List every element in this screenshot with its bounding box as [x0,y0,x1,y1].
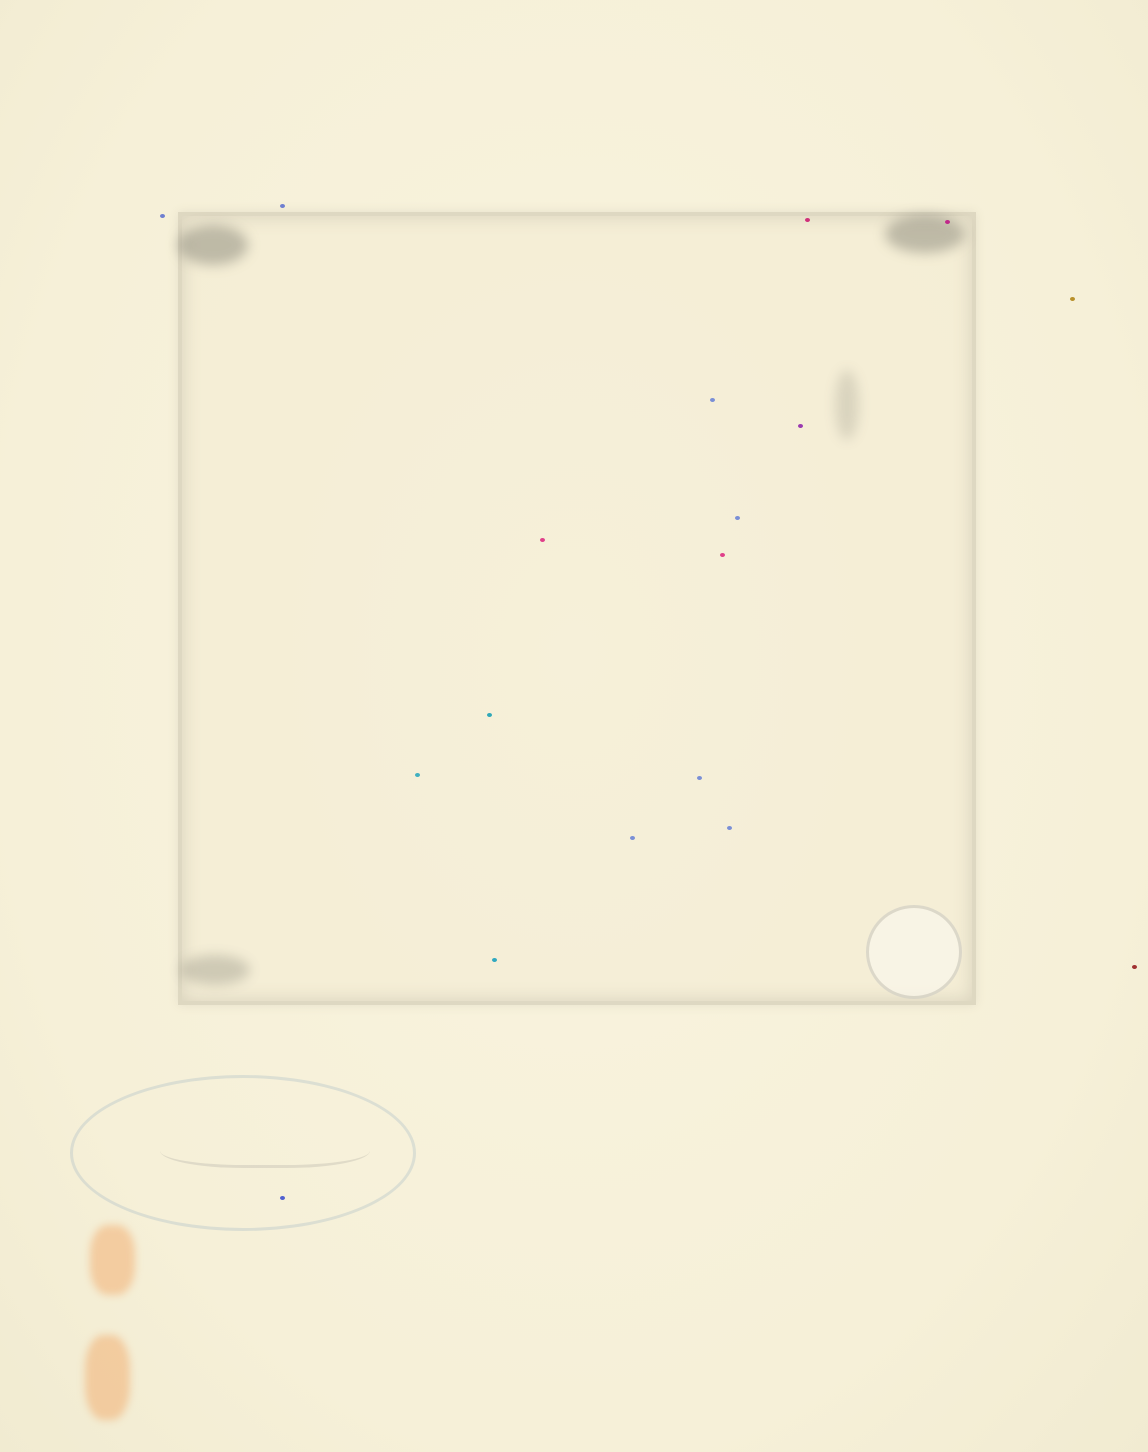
corner-smudge-top-right [885,215,965,253]
ink-speck [415,773,420,777]
ink-speck [540,538,545,542]
ink-speck [280,204,285,208]
ink-speck [697,776,702,780]
ink-speck [727,826,732,830]
ink-speck [487,713,492,717]
ink-speck [630,836,635,840]
corner-circle-mark [866,905,962,999]
stain-orange-2 [85,1335,130,1420]
ink-speck [735,516,740,520]
ink-speck [280,1196,285,1200]
stamp-signature [160,1125,370,1168]
ink-speck [492,958,497,962]
ink-speck [1132,965,1137,969]
ink-speck [798,424,803,428]
corner-smudge-top-left [178,225,248,265]
corner-smudge-bottom-left [180,955,250,985]
ink-speck [805,218,810,222]
ink-speck [710,398,715,402]
ink-speck [160,214,165,218]
plate-mark [178,212,976,1005]
ink-speck [945,220,950,224]
stain-orange-1 [90,1225,135,1295]
ink-speck [1070,297,1075,301]
edge-smudge-right [835,370,859,440]
ink-speck [720,553,725,557]
